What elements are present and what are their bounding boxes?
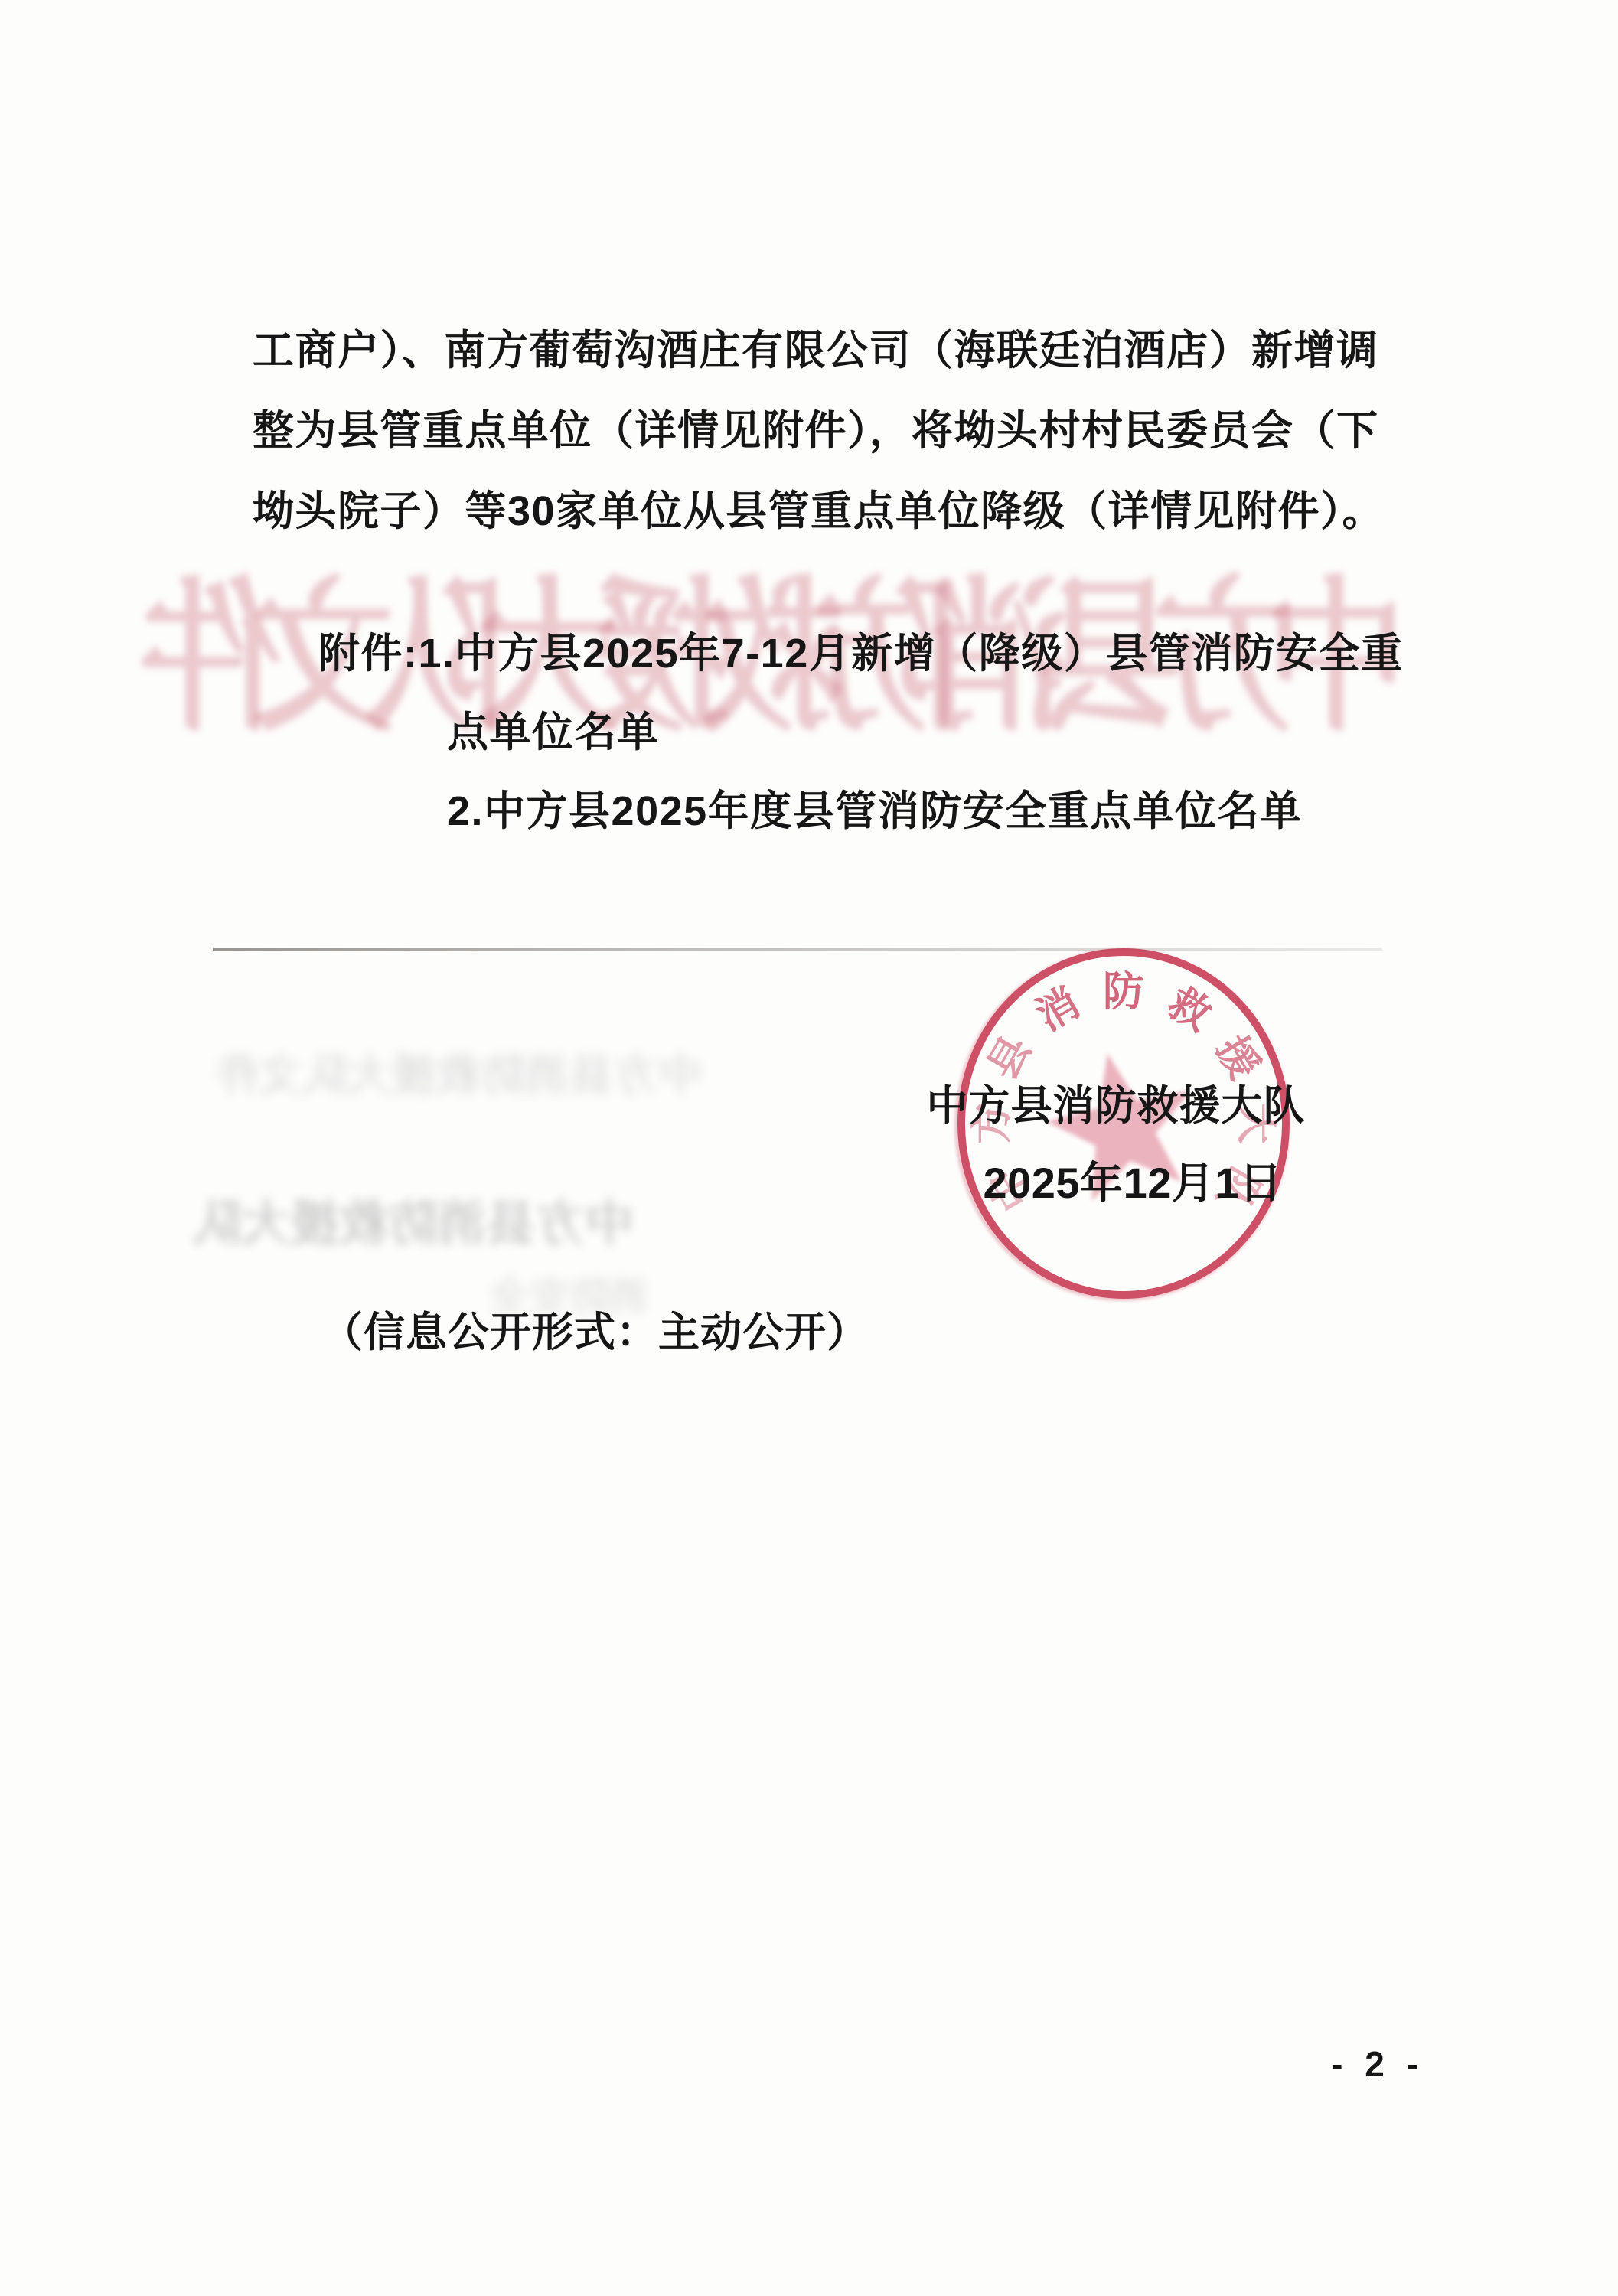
body-paragraph: 工商户）、南方葡萄沟酒庄有限公司（海联廷泊酒店）新增调 整为县管重点单位（详情见… [253,311,1413,552]
gray-bleedthrough-smudge: 中方县消防救援大队 [193,1185,634,1255]
gray-bleedthrough-smudge: 中方县消防救援大队文件 [214,1039,703,1104]
page-number: - 2 - [1293,2043,1462,2085]
signature-date: 2025年12月1日 [903,1150,1362,1211]
body-line: 坳头院子）等30家单位从县管重点单位降级（详情见附件）。 [253,471,1413,552]
attachment-line-1-continuation: 点单位名单 [447,693,1404,772]
attachment-list: 附件:1.中方县2025年7-12月新增（降级）县管消防安全重 点单位名单 2.… [318,615,1404,851]
attachment-line-2: 2.中方县2025年度县管消防安全重点单位名单 [447,772,1404,851]
scanned-document-page: 中方县消防救援大队文件 中方县消防救援大队文件 中方县消防救援大队 消防安全 工… [0,0,1618,2296]
disclosure-note: （信息公开形式：主动公开） [321,1300,869,1358]
body-line: 整为县管重点单位（详情见附件），将坳头村村民委员会（下 [253,391,1413,471]
seal-arc-char: 消 [1029,980,1088,1040]
signature-organization: 中方县消防救援大队 [886,1073,1346,1132]
body-line: 工商户）、南方葡萄沟酒庄有限公司（海联廷泊酒店）新增调 [253,311,1413,391]
attachment-line-1: 附件:1.中方县2025年7-12月新增（降级）县管消防安全重 [318,615,1404,693]
seal-arc-char: 防 [1103,969,1144,1015]
seal-arc-char: 救 [1160,980,1219,1040]
